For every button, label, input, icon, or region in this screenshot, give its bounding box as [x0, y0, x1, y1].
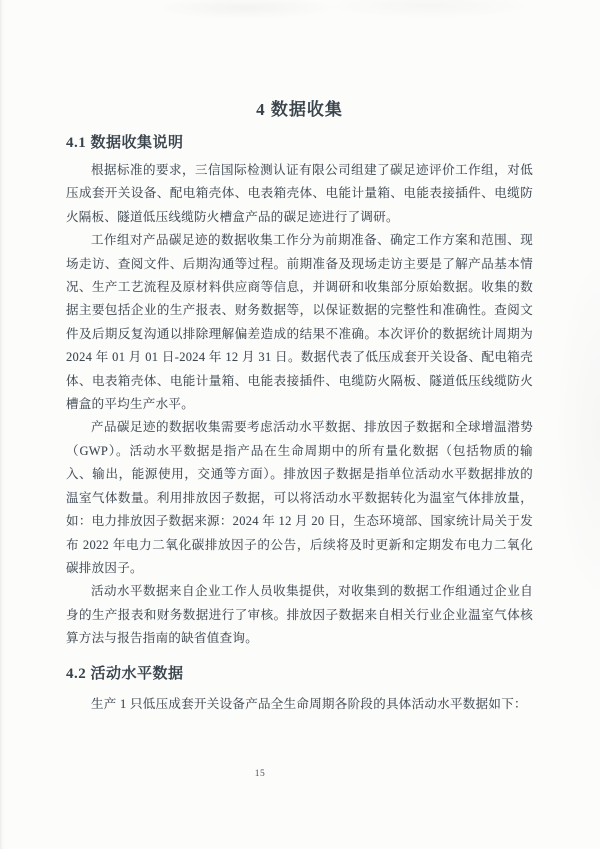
- section-4-2-paragraph-1: 生产 1 只低压成套开关设备产品全生命周期各阶段的具体活动水平数据如下：: [66, 693, 533, 716]
- chapter-title: 4 数据收集: [66, 99, 533, 121]
- page-number: 15: [0, 769, 520, 779]
- section-4-1-paragraph-2: 工作组对产品碳足迹的数据收集工作分为前期准备、确定工作方案和范围、现场走访、查阅…: [66, 229, 533, 416]
- section-4-1-paragraph-1: 根据标准的要求，三信国际检测认证有限公司组建了碳足迹评价工作组，对低压成套开关设…: [66, 159, 533, 229]
- section-4-2-heading: 4.2 活动水平数据: [66, 664, 533, 684]
- section-4-1-paragraph-3: 产品碳足迹的数据收集需要考虑活动水平数据、排放因子数据和全球增温潜势（GWP）。…: [66, 416, 533, 580]
- section-4-1-heading: 4.1 数据收集说明: [66, 133, 533, 153]
- document-page: 4 数据收集 4.1 数据收集说明 根据标准的要求，三信国际检测认证有限公司组建…: [0, 0, 600, 849]
- page-content: 4 数据收集 4.1 数据收集说明 根据标准的要求，三信国际检测认证有限公司组建…: [66, 99, 533, 716]
- section-4-1-paragraph-4: 活动水平数据来自企业工作人员收集提供，对收集到的数据工作组通过企业自身的生产报表…: [66, 580, 533, 650]
